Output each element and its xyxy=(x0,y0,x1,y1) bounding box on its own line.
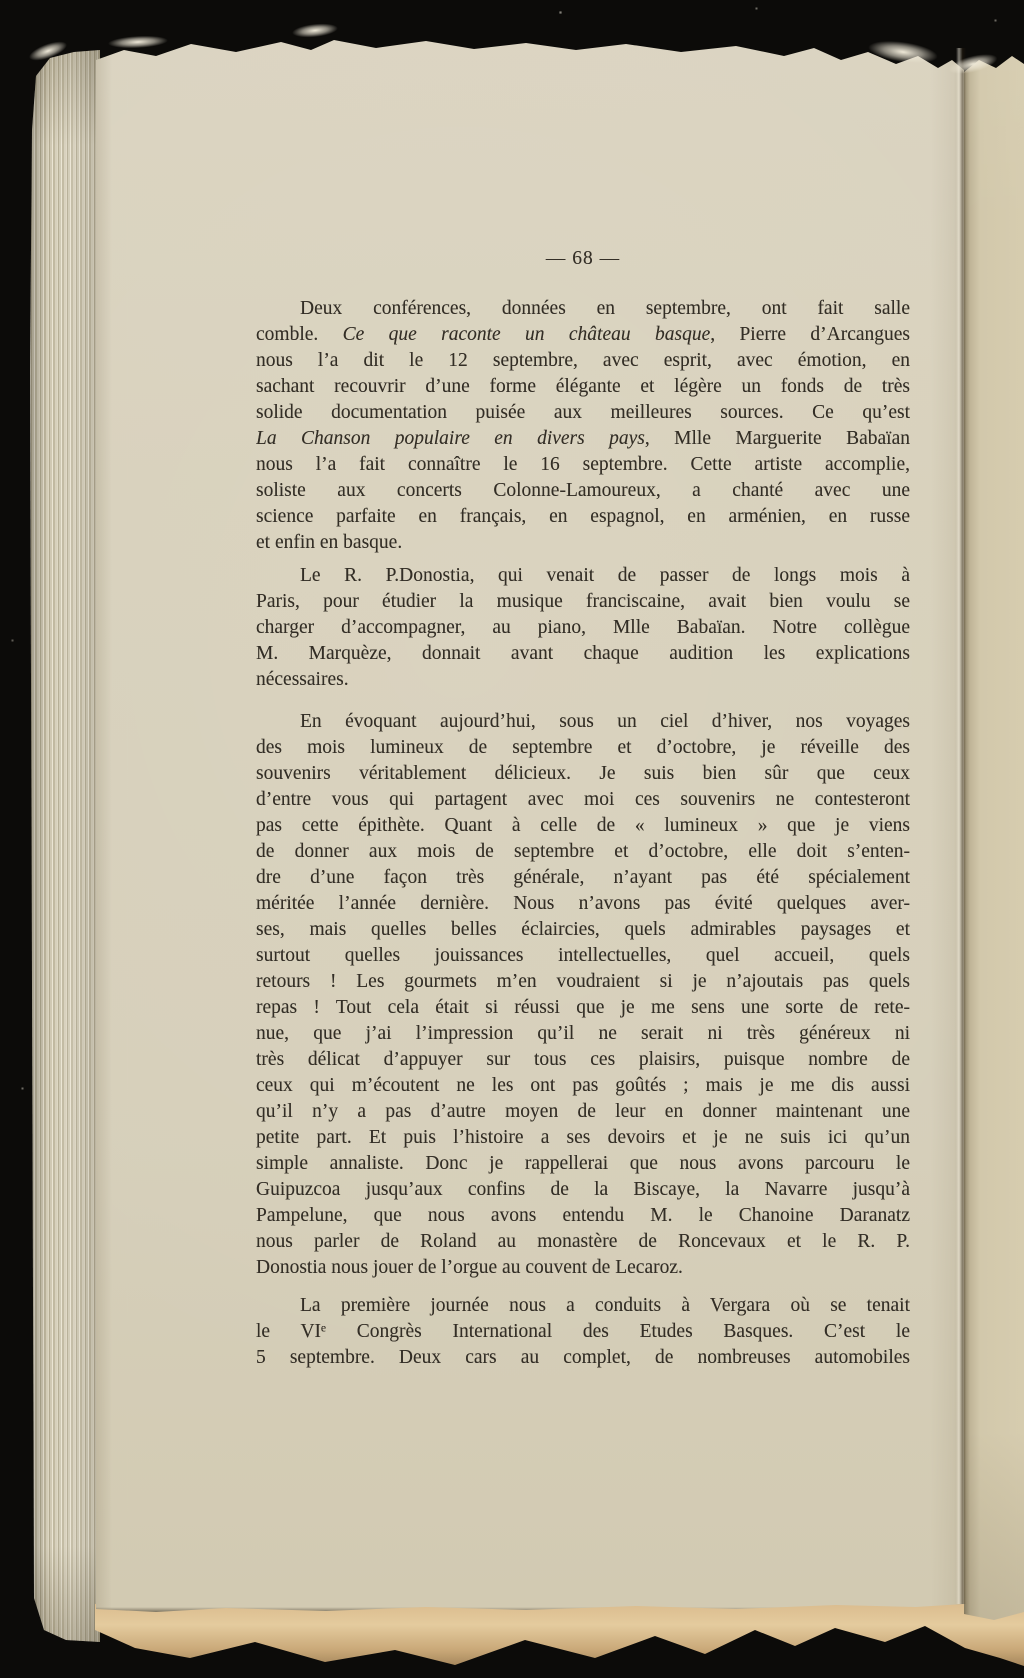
text-line: de donner aux mois de septembre et d’oct… xyxy=(256,839,910,865)
text-line: ses, mais quelles belles éclaircies, que… xyxy=(256,917,910,943)
text-line: repas ! Tout cela était si réussi que je… xyxy=(256,995,910,1021)
text-line: En évoquant aujourd’hui, sous un ciel d’… xyxy=(256,709,910,735)
text-line: Donostia nous jouer de l’orgue au couven… xyxy=(256,1255,910,1281)
text-line: surtout quelles jouissances intellectuel… xyxy=(256,943,910,969)
text-line: nue, que j’ai l’impression qu’il ne sera… xyxy=(256,1021,910,1047)
text-line: 5 septembre. Deux cars au complet, de no… xyxy=(256,1345,910,1371)
text-line: charger d’accompagner, au piano, Mlle Ba… xyxy=(256,615,910,641)
text-line: souvenirs véritablement délicieux. Je su… xyxy=(256,761,910,787)
book-pages-fore-edge xyxy=(30,50,100,1642)
text-line: nécessaires. xyxy=(256,667,910,693)
text-line: nous parler de Roland au monastère de Ro… xyxy=(256,1229,910,1255)
text-line: M. Marquèze, donnait avant chaque auditi… xyxy=(256,641,910,667)
book-page: — 68 — Deux conférences, données en sept… xyxy=(96,34,964,1612)
text-line: La Chanson populaire en divers pays, Mll… xyxy=(256,426,910,452)
text-line: nous l’a fait connaître le 16 septembre.… xyxy=(256,452,910,478)
paragraph: La première journée nous a conduits à Ve… xyxy=(256,1293,910,1371)
page-number: — 68 — xyxy=(256,246,910,272)
text-line: d’entre vous qui partagent avec moi ces … xyxy=(256,787,910,813)
paper-fiber-tuft xyxy=(108,34,169,49)
paragraph: Deux conférences, données en septembre, … xyxy=(256,296,910,556)
text-line: très délicat d’appuyer sur tous ces plai… xyxy=(256,1047,910,1073)
text-line: Le R. P.Donostia, qui venait de passer d… xyxy=(256,563,910,589)
text-line: pas cette épithète. Quant à celle de « l… xyxy=(256,813,910,839)
text-line: le VIᵉ Congrès International des Etudes … xyxy=(256,1319,910,1345)
paper-fiber-tuft xyxy=(291,22,338,40)
text-line: Guipuzcoa jusqu’aux confins de la Biscay… xyxy=(256,1177,910,1203)
scanned-book-photo: — 68 — Deux conférences, données en sept… xyxy=(0,0,1024,1678)
text-line: sachant recouvrir d’une forme élégante e… xyxy=(256,374,910,400)
text-line: solide documentation puisée aux meilleur… xyxy=(256,400,910,426)
text-line: dre d’une façon très générale, n’ayant p… xyxy=(256,865,910,891)
text-line: soliste aux concerts Colonne-Lamoureux, … xyxy=(256,478,910,504)
text-line: retours ! Les gourmets m’en voudraient s… xyxy=(256,969,910,995)
text-line: Paris, pour étudier la musique francisca… xyxy=(256,589,910,615)
paragraph: Le R. P.Donostia, qui venait de passer d… xyxy=(256,563,910,693)
page-gutter-fold xyxy=(956,48,966,1604)
text-line: petite part. Et puis l’histoire a ses de… xyxy=(256,1125,910,1151)
text-line: méritée l’année dernière. Nous n’avons p… xyxy=(256,891,910,917)
text-line: nous l’a dit le 12 septembre, avec espri… xyxy=(256,348,910,374)
text-line: Deux conférences, données en septembre, … xyxy=(256,296,910,322)
paragraph: En évoquant aujourd’hui, sous un ciel d’… xyxy=(256,709,910,1281)
text-line: des mois lumineux de septembre et d’octo… xyxy=(256,735,910,761)
dust-specks xyxy=(0,0,1,1)
page-content: — 68 — Deux conférences, données en sept… xyxy=(256,246,910,1371)
text-line: qu’il n’y a pas d’autre moyen de leur en… xyxy=(256,1099,910,1125)
text-line: comble. Ce que raconte un château basque… xyxy=(256,322,910,348)
text-line: La première journée nous a conduits à Ve… xyxy=(256,1293,910,1319)
text-line: ceux qui m’écoutent ne les ont pas goûté… xyxy=(256,1073,910,1099)
text-line: science parfaite en français, en espagno… xyxy=(256,504,910,530)
text-line: et enfin en basque. xyxy=(256,530,910,556)
text-line: Pampelune, que nous avons entendu M. le … xyxy=(256,1203,910,1229)
text-line: simple annaliste. Donc je rappellerai qu… xyxy=(256,1151,910,1177)
next-page-edge xyxy=(964,42,1024,1620)
